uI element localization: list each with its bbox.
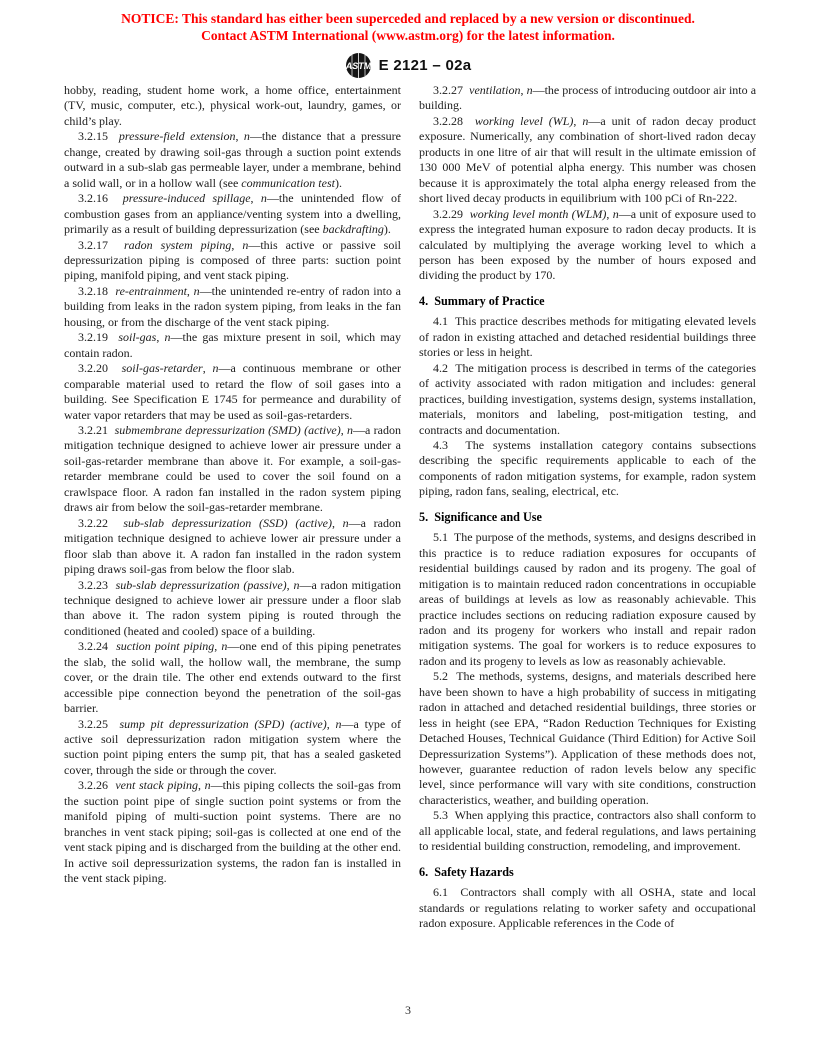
defined-term: backdrafting <box>323 222 384 236</box>
text-run: 4. Summary of Practice <box>419 294 545 308</box>
text-run: 4.1 This practice describes methods for … <box>419 314 756 359</box>
text-run: ). <box>335 176 342 190</box>
text-run: 6. Safety Hazards <box>419 865 514 879</box>
defined-term: working level month (WLM) <box>470 207 607 221</box>
defined-term: soil-gas-retarder <box>122 361 203 375</box>
page-number: 3 <box>0 1003 816 1018</box>
text-run: —this piping collects the soil-gas from … <box>64 778 401 885</box>
text-run: 3.2.23 <box>78 578 116 592</box>
svg-text:ASTM: ASTM <box>345 61 372 71</box>
standard-designation: E 2121 – 02a <box>379 57 472 74</box>
body-paragraph: 3.2.28 working level (WL), n—a unit of r… <box>419 114 756 207</box>
body-paragraph: 5.3 When applying this practice, contrac… <box>419 808 756 854</box>
astm-logo-icon: ASTM <box>345 52 372 79</box>
defined-term: sub-slab depressurization (passive) <box>116 578 287 592</box>
defined-term: pressure-induced spillage <box>123 191 251 205</box>
left-column: hobby, reading, student home work, a hom… <box>64 83 401 932</box>
text-run: , <box>327 717 336 731</box>
body-paragraph: 6.1 Contractors shall comply with all OS… <box>419 885 756 931</box>
section-heading: 4. Summary of Practice <box>419 294 756 309</box>
text-run: 3.2.19 <box>78 330 118 344</box>
text-run: hobby, reading, student home work, a hom… <box>64 83 401 128</box>
defined-term: sump pit depressurization (SPD) (active) <box>120 717 327 731</box>
body-paragraph: hobby, reading, student home work, a hom… <box>64 83 401 129</box>
body-paragraph: 3.2.24 suction point piping, n—one end o… <box>64 639 401 716</box>
document-body: hobby, reading, student home work, a hom… <box>64 83 756 932</box>
defined-term: re-entrainment <box>115 284 187 298</box>
text-run: 3.2.21 <box>78 423 115 437</box>
body-paragraph: 4.1 This practice describes methods for … <box>419 314 756 360</box>
body-paragraph: 3.2.17 radon system piping, n—this activ… <box>64 238 401 284</box>
defined-term: vent stack piping <box>115 778 198 792</box>
defined-term: submembrane depressurization (SMD) (acti… <box>115 423 341 437</box>
text-run: 3.2.28 <box>433 114 475 128</box>
text-run: , <box>235 129 243 143</box>
defined-term: soil-gas <box>118 330 156 344</box>
body-paragraph: 3.2.15 pressure-field extension, n—the d… <box>64 129 401 191</box>
text-run: , <box>332 516 343 530</box>
body-paragraph: 4.3 The systems installation category co… <box>419 438 756 500</box>
document-header: ASTM E 2121 – 02a <box>0 52 816 79</box>
body-paragraph: 3.2.18 re-entrainment, n—the unintended … <box>64 284 401 330</box>
body-paragraph: 3.2.20 soil-gas-retarder, n—a continuous… <box>64 361 401 423</box>
defined-term: radon system piping <box>124 238 231 252</box>
text-run: , <box>198 778 205 792</box>
defined-term: working level (WL) <box>475 114 574 128</box>
defined-term: ventilation <box>469 83 520 97</box>
body-paragraph: 3.2.19 soil-gas, n—the gas mixture prese… <box>64 330 401 361</box>
body-paragraph: 3.2.21 submembrane depressurization (SMD… <box>64 423 401 516</box>
text-run: , <box>156 330 164 344</box>
body-paragraph: 3.2.27 ventilation, n—the process of int… <box>419 83 756 114</box>
body-paragraph: 3.2.26 vent stack piping, n—this piping … <box>64 778 401 886</box>
section-heading: 6. Safety Hazards <box>419 865 756 880</box>
notice-line-1: NOTICE: This standard has either been su… <box>0 10 816 27</box>
text-run: 5. Significance and Use <box>419 510 542 524</box>
body-paragraph: 3.2.16 pressure-induced spillage, n—the … <box>64 191 401 237</box>
text-run: 6.1 Contractors shall comply with all OS… <box>419 885 756 930</box>
text-run: , <box>251 191 261 205</box>
text-run: 5.1 The purpose of the methods, systems,… <box>419 530 756 668</box>
text-run: 5.3 When applying this practice, contrac… <box>419 808 756 853</box>
body-paragraph: 4.2 The mitigation process is described … <box>419 361 756 438</box>
text-run: 3.2.15 <box>78 129 119 143</box>
text-run: 3.2.27 <box>433 83 469 97</box>
body-paragraph: 5.2 The methods, systems, designs, and m… <box>419 669 756 808</box>
text-run: 5.2 The methods, systems, designs, and m… <box>419 669 756 807</box>
text-run: 3.2.25 <box>78 717 120 731</box>
text-run: 3.2.17 <box>78 238 124 252</box>
text-run: 4.2 The mitigation process is described … <box>419 361 756 437</box>
text-run: 3.2.24 <box>78 639 116 653</box>
notice-banner: NOTICE: This standard has either been su… <box>0 10 816 44</box>
text-run: 3.2.29 <box>433 207 470 221</box>
text-run: 3.2.26 <box>78 778 115 792</box>
text-run: , <box>187 284 194 298</box>
defined-term: communication test <box>241 176 335 190</box>
notice-line-2: Contact ASTM International (www.astm.org… <box>0 27 816 44</box>
body-paragraph: 3.2.23 sub-slab depressurization (passiv… <box>64 578 401 640</box>
right-column: 3.2.27 ventilation, n—the process of int… <box>419 83 756 932</box>
body-paragraph: 3.2.25 sump pit depressurization (SPD) (… <box>64 717 401 779</box>
text-run: 3.2.20 <box>78 361 122 375</box>
text-run: 4.3 The systems installation category co… <box>419 438 756 498</box>
text-run: 3.2.16 <box>78 191 123 205</box>
text-run: , <box>203 361 213 375</box>
text-run: 3.2.18 <box>78 284 115 298</box>
body-paragraph: 5.1 The purpose of the methods, systems,… <box>419 530 756 669</box>
defined-term: pressure-field extension <box>119 129 236 143</box>
text-run: ). <box>384 222 391 236</box>
defined-term: suction point piping <box>116 639 214 653</box>
defined-term: sub-slab depressurization (SSD) (active) <box>123 516 332 530</box>
body-paragraph: 3.2.29 working level month (WLM), n—a un… <box>419 207 756 284</box>
text-run: 3.2.22 <box>78 516 123 530</box>
text-run: , <box>231 238 242 252</box>
section-heading: 5. Significance and Use <box>419 510 756 525</box>
body-paragraph: 3.2.22 sub-slab depressurization (SSD) (… <box>64 516 401 578</box>
